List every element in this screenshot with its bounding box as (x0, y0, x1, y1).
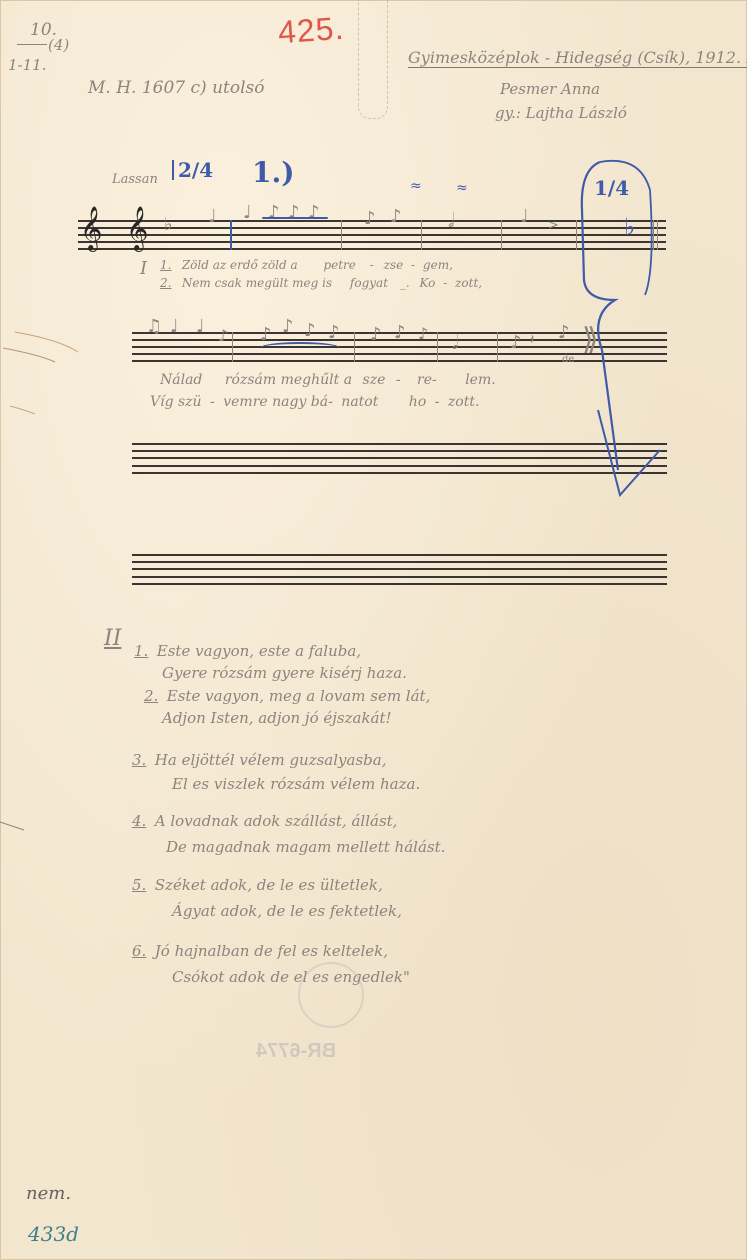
range-label: 1-11. (8, 56, 46, 74)
trill-mark-icon: ≈ (456, 180, 468, 196)
paper-clip-mark (358, 0, 388, 119)
bar-line (497, 332, 498, 362)
tempo-marking: Lassan (112, 172, 158, 187)
lyric-line-1: 1. Zöld az erdő zöld a petre - zse - gem… (160, 258, 453, 272)
half-note-icon: 𝅗𝅥 (452, 330, 458, 354)
bar-line (501, 220, 502, 250)
fraction-bar (17, 44, 47, 45)
treble-clef-icon: 𝄞 (80, 206, 102, 251)
note-icon: ♪ (328, 322, 340, 343)
note-icon: ♩ (196, 316, 205, 337)
lyric-line-4: Víg szü - vemre nagy bá- natot ho - zott… (150, 394, 479, 410)
collector-name: gy.: Lajtha László (495, 104, 627, 122)
verse-4: 4. A lovadnak adok szállást, állást, De … (132, 808, 445, 860)
note-icon: ♪ (364, 208, 376, 229)
archive-reference: M. H. 1607 c) utolsó (88, 78, 264, 98)
empty-staff-4 (132, 554, 667, 586)
flat-sign-icon: ♭ (164, 214, 173, 235)
bar-line (230, 220, 232, 250)
location-heading: Gyimesközéplok - Hidegség (Csík), 1912. … (408, 48, 747, 68)
bar-line (437, 332, 438, 362)
bar-line (232, 332, 233, 362)
note-icon: ♩ (170, 316, 179, 337)
note-icon: ♩ (243, 202, 252, 223)
verse-3: 3. Ha eljöttél vélem guzsalyasba, El es … (132, 748, 420, 796)
slur-mark (262, 217, 328, 219)
note-icon: ♪ (268, 202, 280, 223)
verse-5: 5. Széket adok, de le es ültetlek, Ágyat… (132, 872, 402, 924)
fraction-side: (4) (48, 36, 69, 54)
half-note-icon: 𝅗𝅥 (448, 208, 454, 232)
catalog-number: 433d (28, 1222, 79, 1246)
rest-icon: 𝄽 (530, 332, 534, 348)
verse-6: 6. Jó hajnalban de fel es keltelek, Csók… (132, 938, 410, 990)
bar-line (421, 220, 422, 250)
accent-icon: > (548, 218, 559, 233)
note-icon: ♪ (390, 206, 402, 227)
footer-note: nem. (26, 1183, 71, 1204)
margin-marks (0, 300, 90, 860)
note-icon: ♩ (520, 206, 529, 227)
bar-line (341, 220, 342, 250)
note-icon: ♪ (288, 202, 300, 223)
verse-1: 1. Este vagyon, este a faluba, Gyere róz… (134, 640, 407, 684)
performer-name: Pesmer Anna (500, 80, 600, 98)
blue-arrow-icon (570, 150, 670, 500)
lyric-line-2: 2. Nem csak megült meg is fogyat _. Ko -… (160, 276, 482, 290)
section-label-ii: II (104, 626, 121, 651)
note-icon: ♪ (260, 324, 272, 345)
treble-clef-icon: 𝄞 (126, 206, 148, 251)
note-icon: ♩ (208, 206, 217, 227)
note-icon: ♪ (394, 322, 406, 343)
lyric-line-3: Nálad rózsám meghűlt a sze - re- lem. (160, 372, 496, 388)
note-icon: ♪ (218, 326, 228, 345)
note-icon: ♪ (282, 316, 294, 337)
note-icon: ♪ (304, 320, 316, 341)
page-number-red: 425. (277, 10, 346, 52)
section-label-i: I (140, 258, 147, 279)
note-icon: ♪ (308, 202, 320, 223)
note-icon: ♫ (146, 316, 162, 337)
note-icon: ♪ (370, 324, 382, 345)
slur-mark (260, 342, 340, 354)
note-icon: ♪ (558, 322, 570, 343)
bar-line (354, 332, 355, 362)
archive-stamp-circle (298, 962, 364, 1028)
verse-2: 2. Este vagyon, meg a lovam sem lát, Adj… (144, 685, 430, 729)
stamp-code: BR-6774 (256, 1040, 336, 1063)
note-icon: ♪ (510, 332, 522, 353)
blue-marking-1: 1.) (252, 156, 294, 189)
trill-mark-icon: ≈ (410, 178, 422, 194)
time-signature: 2/4 (172, 160, 213, 180)
note-icon: ♪ (418, 324, 428, 343)
